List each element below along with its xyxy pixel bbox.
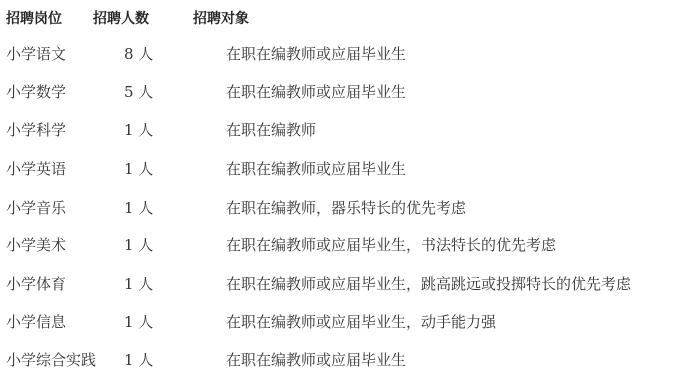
table-header: 招聘岗位 招聘人数 招聘对象	[0, 7, 693, 31]
count-cell: 1 人	[124, 348, 153, 372]
table-row: 小学数学 5 人 在职在编教师或应届毕业生	[0, 80, 693, 104]
target-cell: 在职在编教师，器乐特长的优先考虑	[226, 196, 466, 220]
target-cell: 在职在编教师或应届毕业生	[226, 80, 406, 104]
header-target: 招聘对象	[193, 7, 249, 31]
table-row: 小学体育 1 人 在职在编教师或应届毕业生，跳高跳远或投掷特长的优先考虑	[0, 272, 693, 296]
count-cell: 1 人	[124, 272, 153, 296]
target-cell: 在职在编教师或应届毕业生，书法特长的优先考虑	[226, 233, 556, 257]
table-row: 小学语文 8 人 在职在编教师或应届毕业生	[0, 42, 693, 66]
count-cell: 1 人	[124, 118, 153, 142]
count-cell: 1 人	[124, 310, 153, 334]
count-cell: 1 人	[124, 157, 153, 181]
table-row: 小学综合实践 1 人 在职在编教师或应届毕业生	[0, 348, 693, 372]
header-count: 招聘人数	[93, 7, 149, 31]
table-row: 小学英语 1 人 在职在编教师或应届毕业生	[0, 157, 693, 181]
count-cell: 8 人	[124, 42, 153, 66]
position-cell: 小学信息	[6, 310, 66, 334]
target-cell: 在职在编教师或应届毕业生	[226, 348, 406, 372]
target-cell: 在职在编教师或应届毕业生，动手能力强	[226, 310, 496, 334]
position-cell: 小学综合实践	[6, 348, 96, 372]
table-row: 小学音乐 1 人 在职在编教师，器乐特长的优先考虑	[0, 196, 693, 220]
count-cell: 5 人	[124, 80, 153, 104]
count-cell: 1 人	[124, 233, 153, 257]
header-position: 招聘岗位	[6, 7, 62, 31]
position-cell: 小学数学	[6, 80, 66, 104]
position-cell: 小学语文	[6, 42, 66, 66]
count-cell: 1 人	[124, 196, 153, 220]
target-cell: 在职在编教师或应届毕业生	[226, 42, 406, 66]
position-cell: 小学美术	[6, 233, 66, 257]
position-cell: 小学体育	[6, 272, 66, 296]
target-cell: 在职在编教师或应届毕业生，跳高跳远或投掷特长的优先考虑	[226, 272, 631, 296]
table-row: 小学美术 1 人 在职在编教师或应届毕业生，书法特长的优先考虑	[0, 233, 693, 257]
position-cell: 小学音乐	[6, 196, 66, 220]
table-row: 小学科学 1 人 在职在编教师	[0, 118, 693, 142]
target-cell: 在职在编教师或应届毕业生	[226, 157, 406, 181]
target-cell: 在职在编教师	[226, 118, 316, 142]
position-cell: 小学科学	[6, 118, 66, 142]
table-row: 小学信息 1 人 在职在编教师或应届毕业生，动手能力强	[0, 310, 693, 334]
position-cell: 小学英语	[6, 157, 66, 181]
